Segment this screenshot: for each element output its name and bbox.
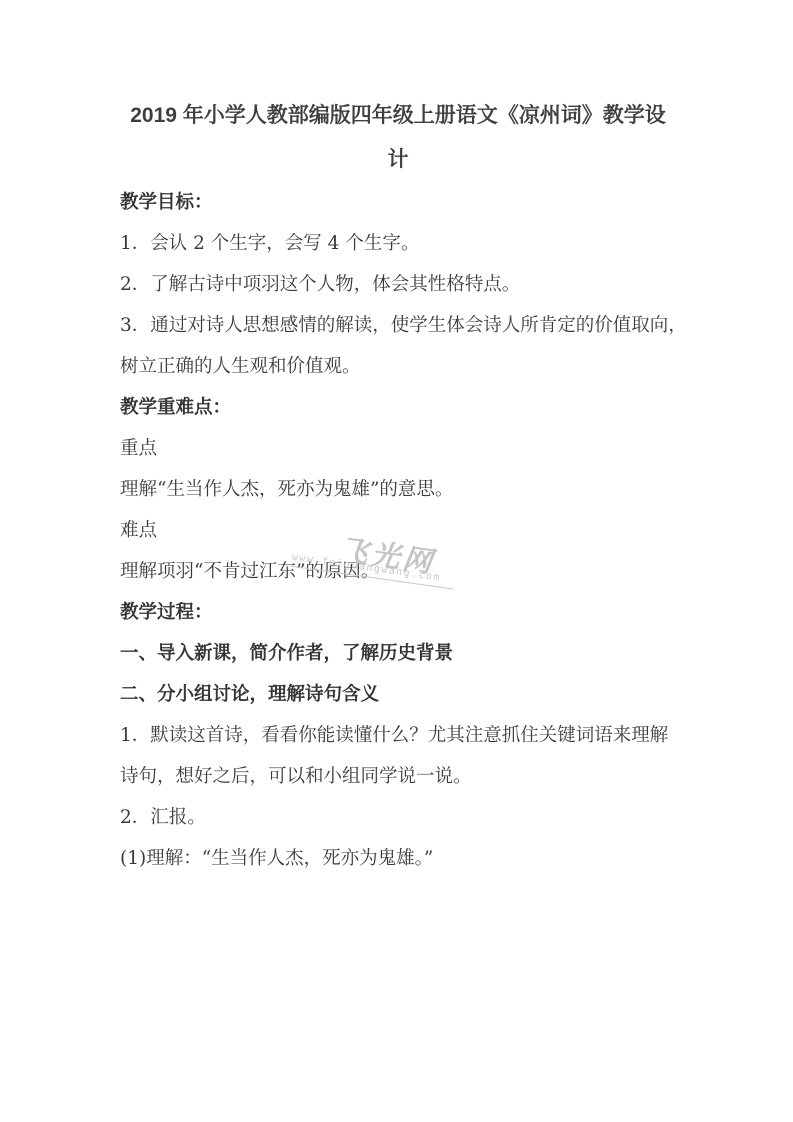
objectives-item-3-line-2: 树立正确的人生观和价值观。 xyxy=(120,346,676,387)
key-points-heading: 教学重难点： xyxy=(120,387,676,428)
focus-text: 理解“生当作人杰，死亦为鬼雄”的意思。 xyxy=(120,469,676,510)
document-title-line-1: 2019 年小学人教部编版四年级上册语文《凉州词》教学设 xyxy=(120,94,676,138)
step-2-item-3: (1)理解：“生当作人杰，死亦为鬼雄。” xyxy=(120,838,676,879)
objectives-item-1: 1．会认 2 个生字，会写 4 个生字。 xyxy=(120,223,676,264)
document-page: 2019 年小学人教部编版四年级上册语文《凉州词》教学设 计 教学目标： 1．会… xyxy=(0,0,793,1122)
process-heading: 教学过程： xyxy=(120,592,676,633)
step-2-item-2: 2．汇报。 xyxy=(120,797,676,838)
focus-label: 重点 xyxy=(120,428,676,469)
step-2-item-1-line-1: 1．默读这首诗，看看你能读懂什么？尤其注意抓住关键词语来理解 xyxy=(120,715,676,756)
document-title-line-2: 计 xyxy=(120,138,676,182)
process-step-2: 二、分小组讨论，理解诗句含义 xyxy=(120,674,676,715)
process-step-1: 一、导入新课，简介作者，了解历史背景 xyxy=(120,633,676,674)
objectives-item-2: 2．了解古诗中项羽这个人物，体会其性格特点。 xyxy=(120,264,676,305)
document-content: 2019 年小学人教部编版四年级上册语文《凉州词》教学设 计 教学目标： 1．会… xyxy=(120,94,676,879)
objectives-heading: 教学目标： xyxy=(120,182,676,223)
step-2-item-1-line-2: 诗句，想好之后，可以和小组同学说一说。 xyxy=(120,756,676,797)
difficulty-text: 理解项羽“不肯过江东”的原因。 xyxy=(120,551,676,592)
objectives-item-3-line-1: 3．通过对诗人思想感情的解读，使学生体会诗人所肯定的价值取向， xyxy=(120,305,676,346)
difficulty-label: 难点 xyxy=(120,510,676,551)
